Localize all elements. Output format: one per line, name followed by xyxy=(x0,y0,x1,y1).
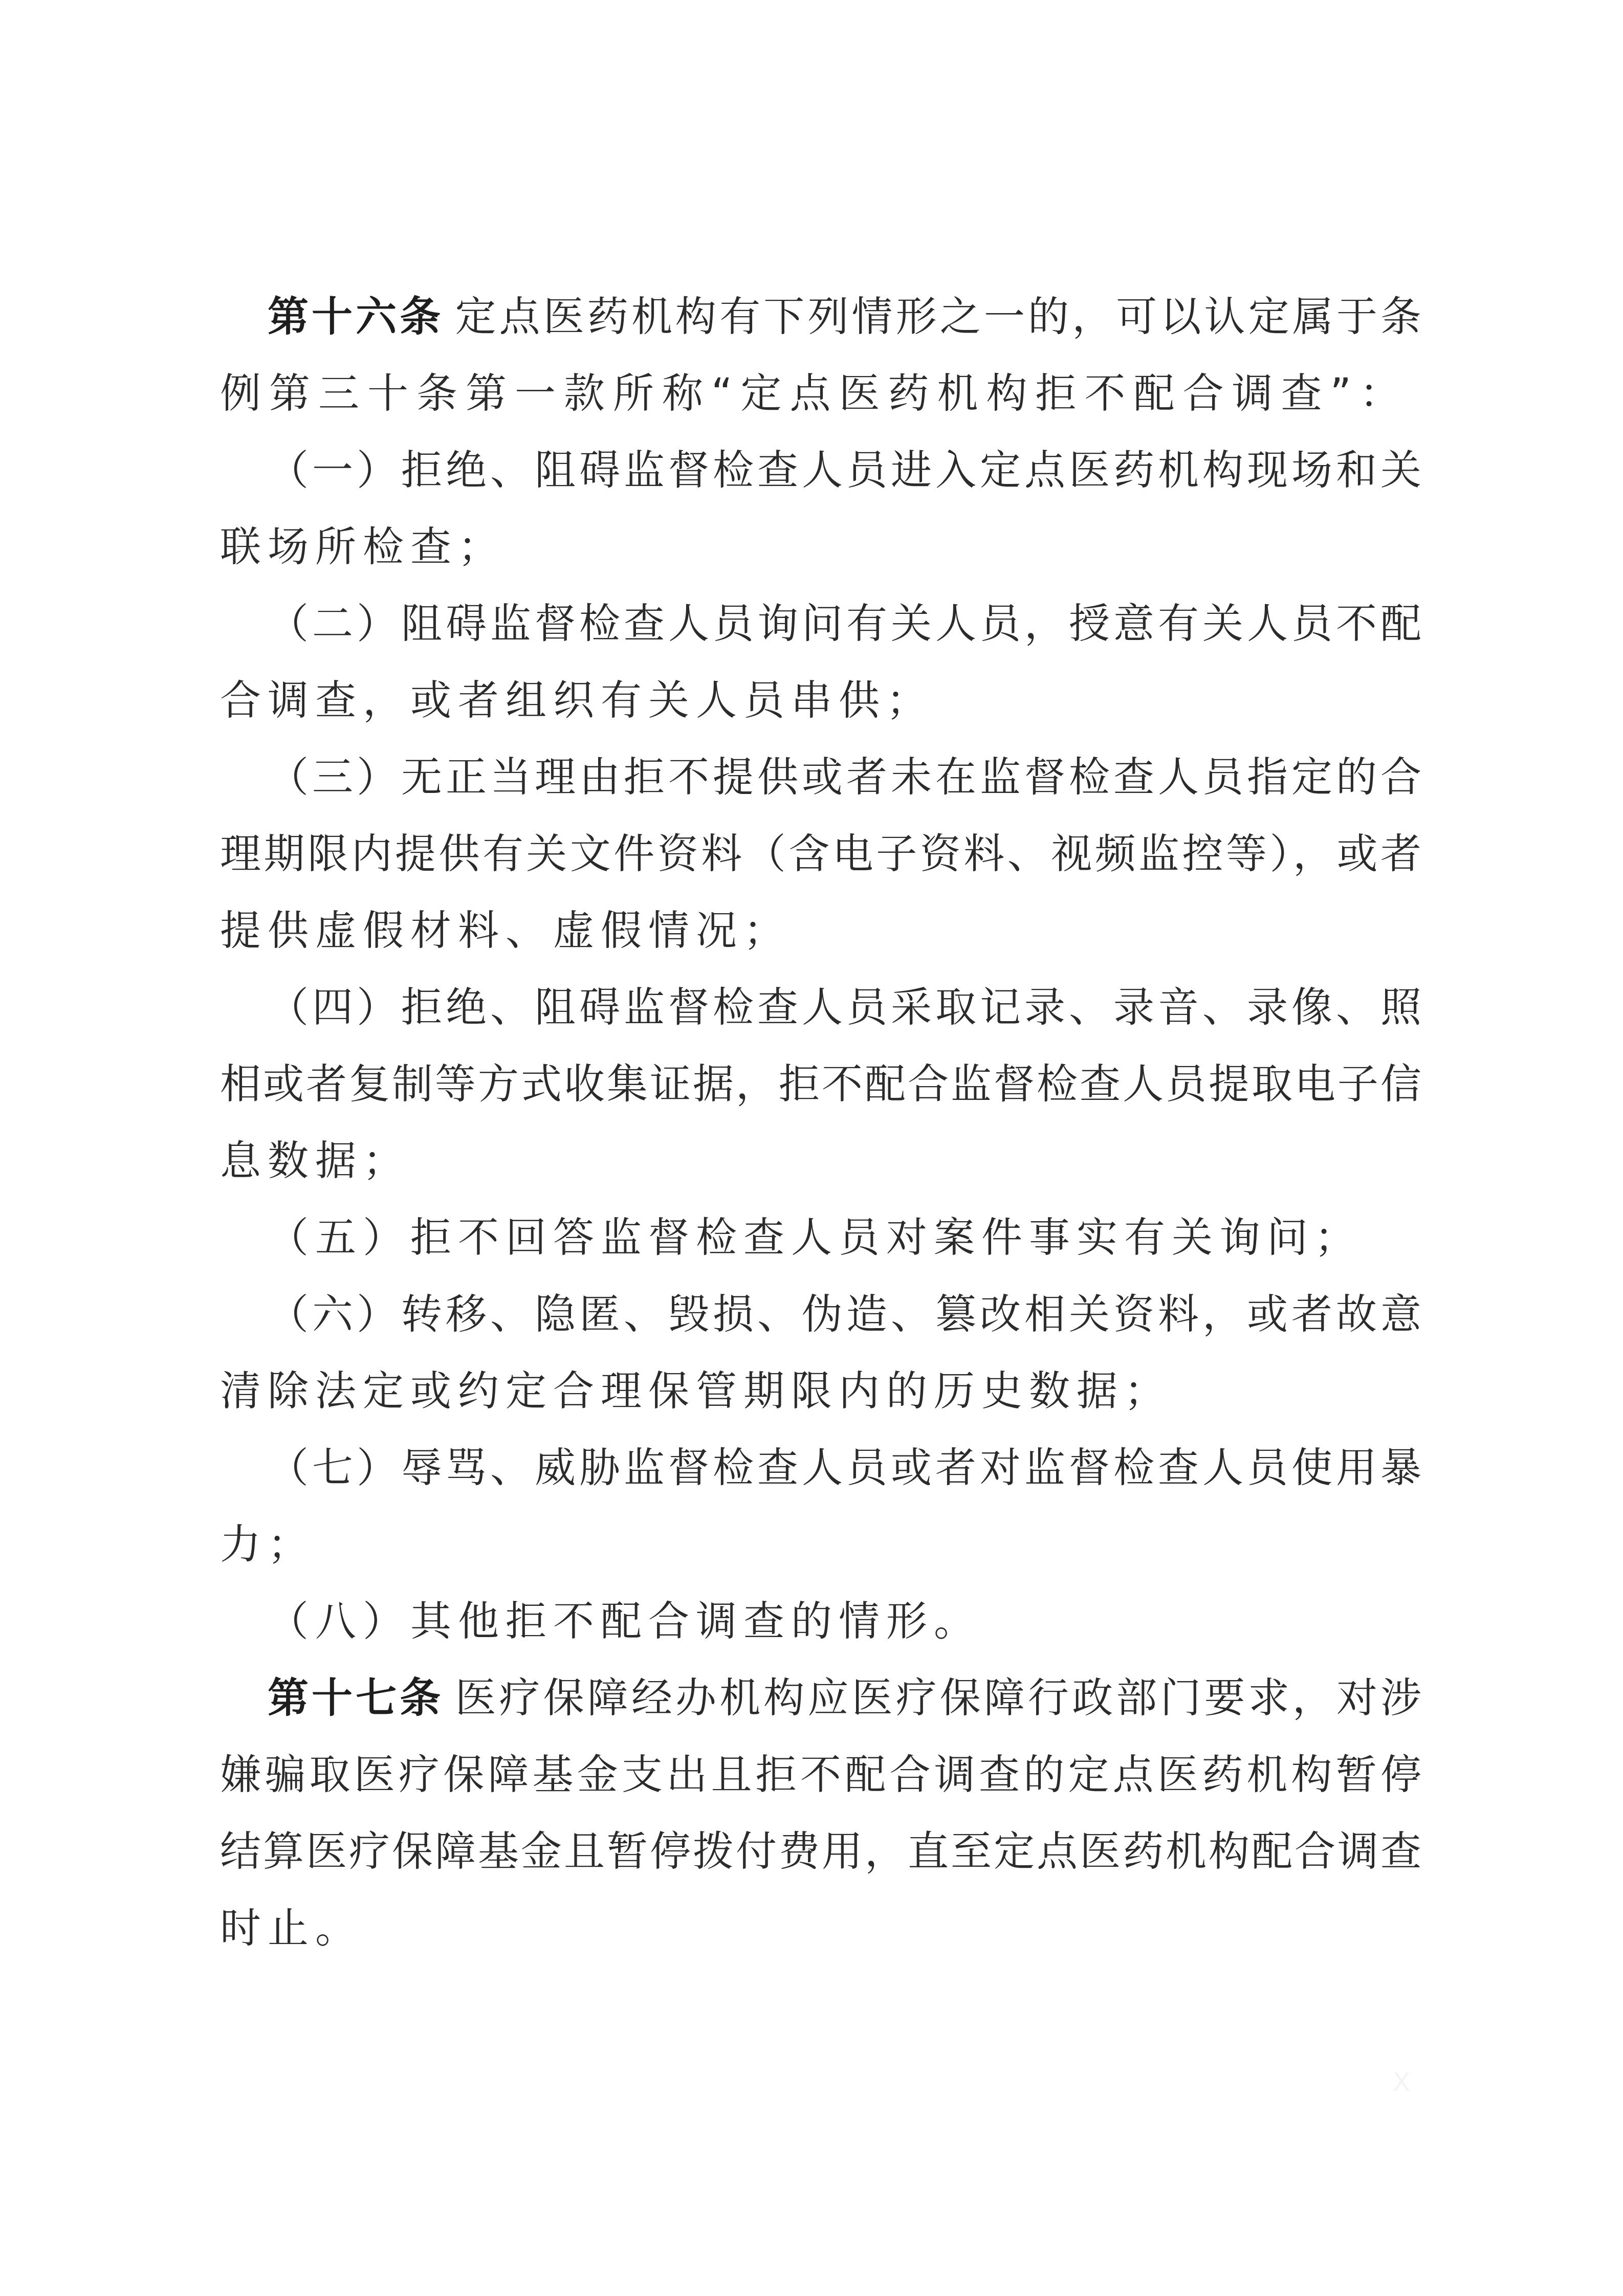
item-4-line-3: 息数据； xyxy=(220,1122,410,1199)
article-17-line-3: 结算医疗保障基金且暂停拨付费用，直至定点医药机构配合调查 xyxy=(220,1813,1423,1890)
item-2-line-1: （二）阻碍监督检查人员询问有关人员，授意有关人员不配 xyxy=(268,585,1425,662)
article-17-number: 第十七条 xyxy=(268,1674,444,1721)
item-4-line-2: 相或者复制等方式收集证据，拒不配合监督检查人员提取电子信 xyxy=(220,1046,1423,1122)
document-page: 第十六条定点医药机构有下列情形之一的，可以认定属于条 例第三十条第一款所称“定点… xyxy=(0,0,1623,2296)
item-8-line-1: （八）其他拒不配合调查的情形。 xyxy=(268,1583,981,1660)
article-16-text: 定点医药机构有下列情形之一的，可以认定属于条 xyxy=(455,293,1424,340)
item-1-line-1: （一）拒绝、阻碍监督检查人员进入定点医药机构现场和关 xyxy=(268,432,1425,509)
article-16-line-1: 第十六条定点医药机构有下列情形之一的，可以认定属于条 xyxy=(268,278,1424,355)
watermark-mark: X xyxy=(1393,2067,1410,2098)
item-3-line-2: 理期限内提供有关文件资料（含电子资料、视频监控等），或者 xyxy=(220,815,1424,892)
item-3-line-1: （三）无正当理由拒不提供或者未在监督检查人员指定的合 xyxy=(268,739,1425,815)
article-17-line-2: 嫌骗取医疗保障基金支出且拒不配合调查的定点医药机构暂停 xyxy=(220,1736,1425,1813)
article-16-line-2: 例第三十条第一款所称“定点医药机构拒不配合调查”： xyxy=(220,355,1409,432)
item-7-line-1: （七）辱骂、威胁监督检查人员或者对监督检查人员使用暴 xyxy=(268,1429,1425,1506)
item-6-line-2: 清除法定或约定合理保管期限内的历史数据； xyxy=(220,1353,1172,1429)
article-16-number: 第十六条 xyxy=(268,293,444,340)
item-4-line-1: （四）拒绝、阻碍监督检查人员采取记录、录音、录像、照 xyxy=(268,969,1425,1046)
article-17-line-4: 时止。 xyxy=(220,1890,363,1967)
item-1-line-2: 联场所检查； xyxy=(220,509,506,585)
article-17-text: 医疗保障经办机构应医疗保障行政部门要求，对涉 xyxy=(455,1674,1424,1721)
item-7-line-2: 力； xyxy=(220,1506,315,1583)
item-2-line-2: 合调查，或者组织有关人员串供； xyxy=(220,662,934,739)
article-17-line-1: 第十七条医疗保障经办机构应医疗保障行政部门要求，对涉 xyxy=(268,1660,1424,1736)
item-6-line-1: （六）转移、隐匿、毁损、伪造、篡改相关资料，或者故意 xyxy=(268,1276,1425,1353)
item-5-line-1: （五）拒不回答监督检查人员对案件事实有关询问； xyxy=(268,1199,1362,1276)
item-3-line-3: 提供虚假材料、虚假情况； xyxy=(220,892,791,969)
